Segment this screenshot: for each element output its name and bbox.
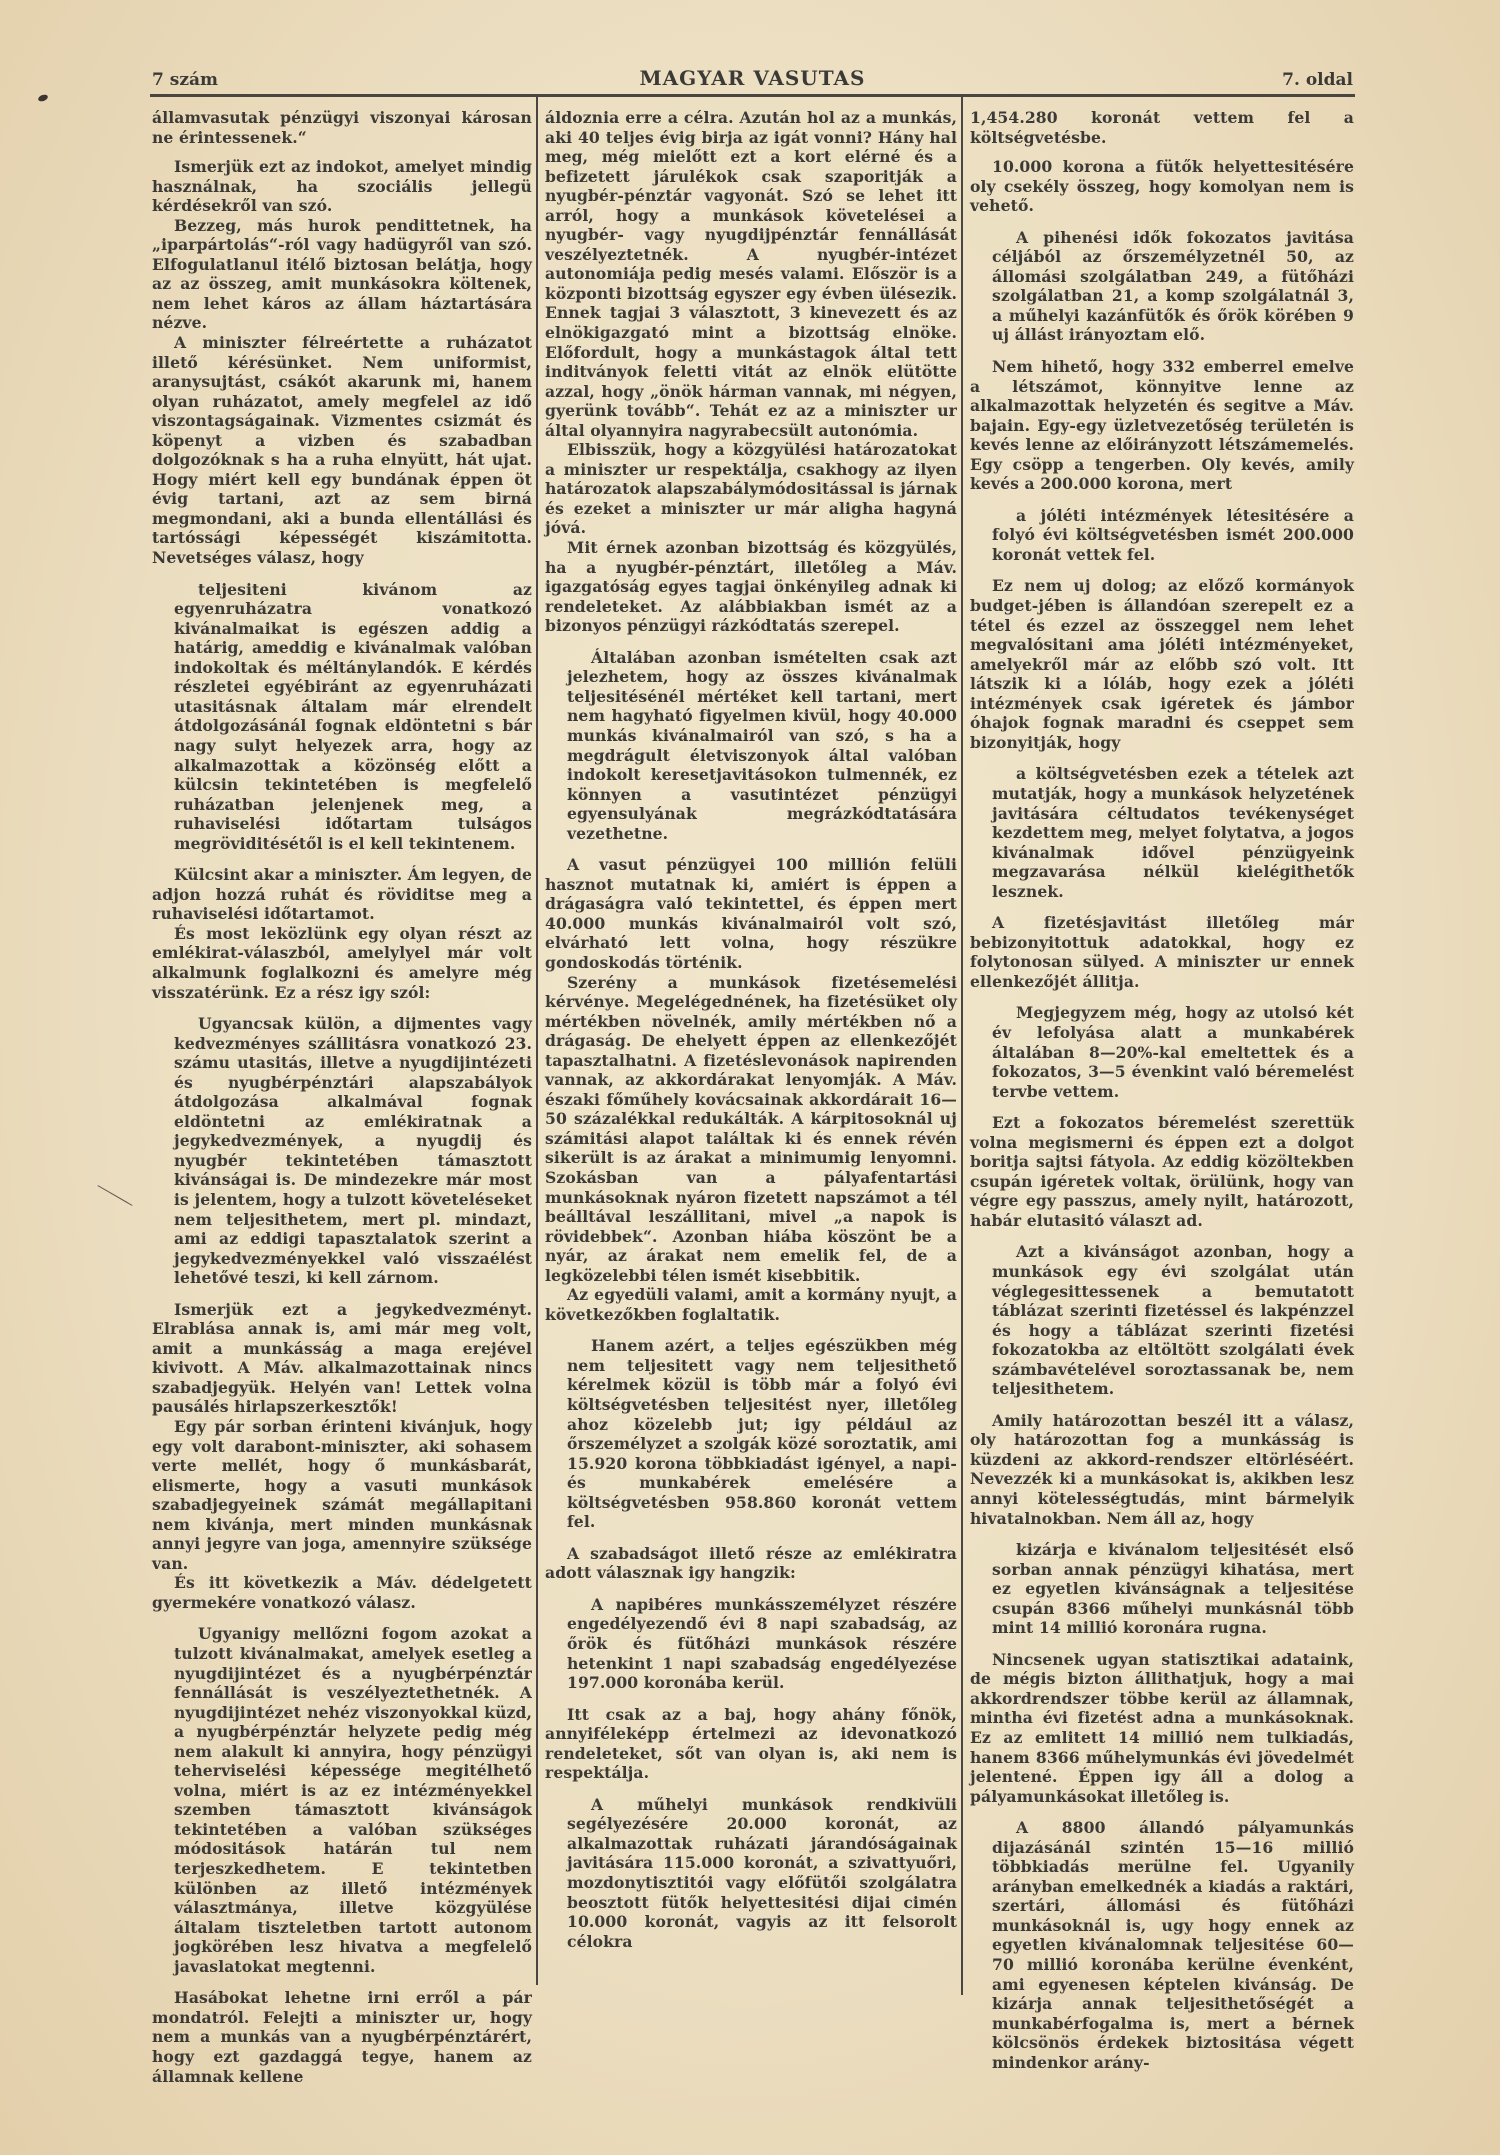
quoted-paragraph: Azt a kivánságot azonban, hogy a munkáso… (970, 1242, 1354, 1398)
quoted-paragraph: a költségvetésben ezek a tételek azt mut… (970, 764, 1354, 901)
column-middle: áldoznia erre a célra. Azután hol az a m… (545, 108, 957, 1963)
quoted-paragraph: A műhelyi munkások rendkivüli segélyezés… (545, 1795, 957, 1951)
paragraph: Itt csak az a baj, hogy ahány főnök, ann… (545, 1705, 957, 1783)
quoted-paragraph: a jóléti intézmények létesitésére a foly… (970, 506, 1354, 565)
paragraph: Amily határozottan beszél itt a válasz, … (970, 1411, 1354, 1528)
paragraph: Az egyedüli valami, amit a kormány nyujt… (545, 1285, 957, 1324)
paragraph: A miniszter félreértette a ruházatot ill… (152, 333, 532, 568)
column-right: 1,454.280 koronát vettem fel a költségve… (970, 108, 1354, 2084)
paragraph: államvasutak pénzügyi viszonyai károsan … (152, 108, 532, 147)
paragraph: Szerény a munkások fizetésemelési kérvén… (545, 973, 957, 1286)
column-rule (961, 95, 963, 1995)
paragraph: 10.000 korona a fütők helyettesitésére o… (970, 157, 1354, 216)
paragraph: Egy pár sorban érinteni kivánjuk, hogy e… (152, 1417, 532, 1573)
paragraph: Ez nem uj dolog; az előző kormányok budg… (970, 576, 1354, 752)
ink-blot (37, 93, 48, 102)
quoted-paragraph: A 8800 állandó pályamunkás dijazásánál s… (970, 1818, 1354, 2072)
quoted-paragraph: teljesiteni kivánom az egyenruházatra vo… (152, 580, 532, 854)
paragraph: 1,454.280 koronát vettem fel a költségve… (970, 108, 1354, 147)
quoted-paragraph: Ugyancsak külön, a dijmentes vagy kedvez… (152, 1014, 532, 1288)
column-rule (536, 95, 538, 1985)
paragraph: Nincsenek ugyan statisztikai adataink, d… (970, 1650, 1354, 1806)
paragraph: A fizetésjavitást illetőleg már bebizony… (970, 913, 1354, 991)
scan-scratch (97, 1185, 132, 1206)
issue-number: 7 szám (152, 70, 218, 90)
paragraph: A vasut pénzügyei 100 millión felüli has… (545, 855, 957, 972)
paragraph: Mit érnek azonban bizottság és közgyülés… (545, 538, 957, 636)
quoted-paragraph: Általában azonban ismételten csak azt je… (545, 648, 957, 843)
paragraph: Ismerjük ezt az indokot, amelyet mindig … (152, 157, 532, 216)
paragraph: Ezt a fokozatos béremelést szerettük vol… (970, 1113, 1354, 1230)
paragraph: Bezzeg, más hurok pendittetnek, ha „ipar… (152, 216, 532, 333)
quoted-paragraph: Megjegyzem még, hogy az utolsó két év le… (970, 1003, 1354, 1101)
paragraph: Hasábokat lehetne irni erről a pár monda… (152, 1988, 532, 2086)
quoted-paragraph: kizárja e kivánalom teljesitését első so… (970, 1540, 1354, 1638)
quoted-paragraph: A pihenési idők fokozatos javitása céljá… (970, 228, 1354, 345)
masthead-title: MAGYAR VASUTAS (150, 66, 1355, 90)
paragraph: Elbisszük, hogy a közgyülési határozatok… (545, 440, 957, 538)
column-left: államvasutak pénzügyi viszonyai károsan … (152, 108, 532, 2086)
paragraph: A szabadságot illető része az emlékiratr… (545, 1544, 957, 1583)
paragraph: Külcsint akar a miniszter. Ám legyen, de… (152, 865, 532, 924)
quoted-paragraph: A napibéres munkásszemélyzet részére eng… (545, 1595, 957, 1693)
paragraph: áldoznia erre a célra. Azután hol az a m… (545, 108, 957, 440)
paragraph: És most leközlünk egy olyan részt az eml… (152, 924, 532, 1002)
newspaper-page: MAGYAR VASUTAS 7 szám 7. oldal államvasu… (150, 0, 1355, 2155)
page-header: MAGYAR VASUTAS 7 szám 7. oldal (150, 62, 1355, 97)
paragraph: És itt következik a Máv. dédelgetett gye… (152, 1573, 532, 1612)
paragraph: Nem hihető, hogy 332 emberrel emelve a l… (970, 357, 1354, 494)
page-number: 7. oldal (1282, 70, 1353, 90)
paragraph: Ismerjük ezt a jegykedvezményt. Elrablás… (152, 1300, 532, 1417)
quoted-paragraph: Hanem azért, a teljes egészükben még nem… (545, 1336, 957, 1531)
quoted-paragraph: Ugyanigy mellőzni fogom azokat a tulzott… (152, 1624, 532, 1976)
